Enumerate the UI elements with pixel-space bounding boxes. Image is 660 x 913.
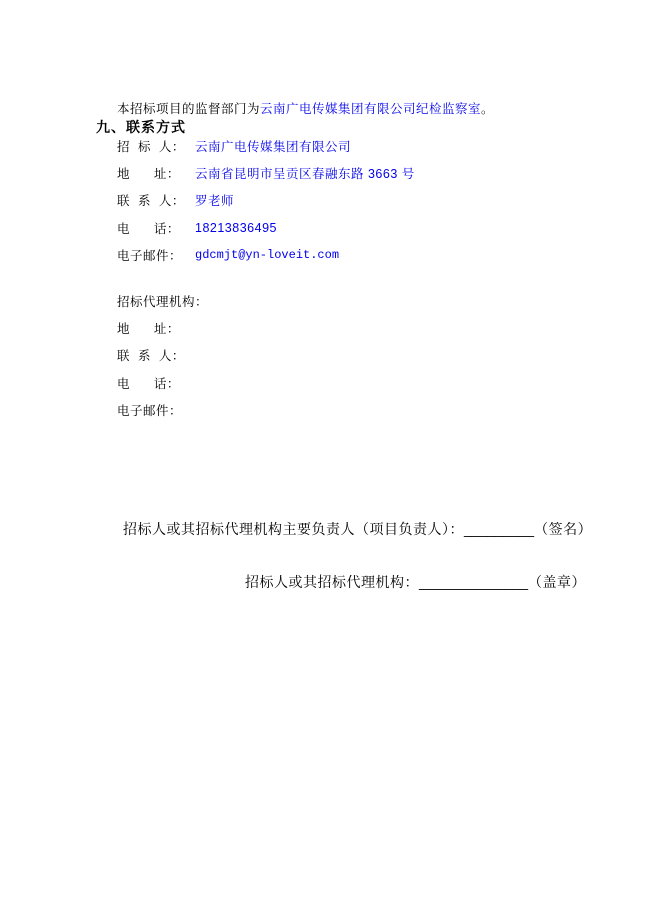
agency-email-row: 电子邮件：: [117, 396, 213, 423]
tenderer-name-label: 招 标 人：: [117, 137, 190, 155]
supervision-text-prefix: 本招标项目的监督部门为: [117, 102, 260, 116]
signature-line-label: 招标人或其招标代理机构主要负责人（项目负责人）：: [123, 521, 464, 537]
supervision-org-name: 云南广电传媒集团有限公司纪检监察室: [260, 102, 481, 116]
agency-phone-label: 电 话：: [117, 374, 190, 392]
agency-contact-block: 招标代理机构： 地 址： 联 系 人： 电 话： 电子邮件：: [117, 287, 213, 423]
seal-line-label: 招标人或其招标代理机构：: [245, 574, 419, 590]
document-page: 本招标项目的监督部门为云南广电传媒集团有限公司纪检监察室。 九、联系方式 招 标…: [0, 0, 660, 913]
tenderer-phone-label: 电 话：: [117, 219, 190, 237]
tenderer-contact-person-label: 联 系 人：: [117, 191, 190, 209]
tenderer-email-value: gdcmjt@yn-loveit.com: [195, 248, 339, 262]
signature-line: 招标人或其招标代理机构主要负责人（项目负责人）：_________（签名）: [123, 519, 592, 539]
supervision-paragraph: 本招标项目的监督部门为云南广电传媒集团有限公司纪检监察室。: [117, 99, 494, 117]
tenderer-email-row: 电子邮件： gdcmjt@yn-loveit.com: [117, 241, 415, 268]
agency-contact-person-row: 联 系 人：: [117, 342, 213, 369]
tenderer-address-value: 云南省昆明市呈贡区春融东路 3663 号: [195, 164, 415, 182]
supervision-text-suffix: 。: [481, 102, 494, 116]
agency-email-label: 电子邮件：: [117, 401, 190, 419]
tenderer-contact-person-value: 罗老师: [195, 191, 234, 209]
tenderer-email-label: 电子邮件：: [117, 246, 190, 264]
tenderer-name-row: 招 标 人： 云南广电传媒集团有限公司: [117, 132, 415, 159]
tenderer-name-value: 云南广电传媒集团有限公司: [195, 137, 351, 155]
signature-line-suffix: （签名）: [534, 521, 592, 537]
seal-blank: ______________: [419, 574, 528, 590]
tenderer-contact-block: 招 标 人： 云南广电传媒集团有限公司 地 址： 云南省昆明市呈贡区春融东路 3…: [117, 132, 415, 268]
signature-blank: _________: [464, 521, 534, 537]
agency-name-label: 招标代理机构：: [117, 292, 208, 310]
agency-phone-row: 电 话：: [117, 369, 213, 396]
tenderer-phone-value: 18213836495: [195, 221, 277, 235]
agency-address-label: 地 址：: [117, 319, 190, 337]
agency-address-row: 地 址：: [117, 314, 213, 341]
seal-line-suffix: （盖章）: [528, 574, 586, 590]
tenderer-phone-row: 电 话： 18213836495: [117, 214, 415, 241]
tenderer-address-row: 地 址： 云南省昆明市呈贡区春融东路 3663 号: [117, 159, 415, 186]
tenderer-address-label: 地 址：: [117, 164, 190, 182]
agency-name-row: 招标代理机构：: [117, 287, 213, 314]
tenderer-contact-person-row: 联 系 人： 罗老师: [117, 187, 415, 214]
agency-contact-person-label: 联 系 人：: [117, 346, 190, 364]
seal-line: 招标人或其招标代理机构：______________（盖章）: [245, 572, 586, 592]
